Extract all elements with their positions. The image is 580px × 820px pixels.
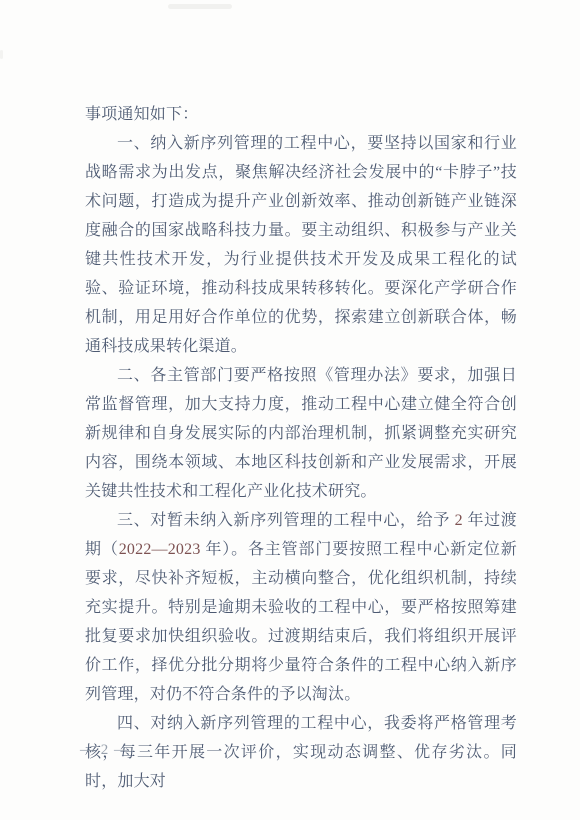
document-page: 事项通知如下： 一、纳入新序列管理的工程中心，要坚持以国家和行业战略需求为出发点… [0, 0, 580, 820]
paragraph-3: 三、对暂未纳入新序列管理的工程中心，给予 2 年过渡期（2022—2023 年）… [85, 506, 517, 709]
page-number: — 2 — [80, 741, 130, 759]
transition-year-range: 2022—2023 [119, 541, 201, 558]
intro-line: 事项通知如下： [85, 100, 517, 129]
paragraph-3-text-c: 年）。各主管部门要按照工程中心新定位新要求，尽快补齐短板，主动横向整合，优化组织… [85, 541, 517, 703]
scan-edge-artifact [0, 50, 3, 59]
scan-smudge-artifact [168, 4, 232, 9]
document-body: 事项通知如下： 一、纳入新序列管理的工程中心，要坚持以国家和行业战略需求为出发点… [85, 100, 517, 796]
paragraph-4: 四、对纳入新序列管理的工程中心，我委将严格管理考核，每三年开展一次评价，实现动态… [85, 709, 517, 796]
paragraph-2: 二、各主管部门要严格按照《管理办法》要求，加强日常监督管理，加大支持力度，推动工… [85, 361, 517, 506]
paragraph-3-text-a: 三、对暂未纳入新序列管理的工程中心，给予 [117, 512, 455, 529]
transition-years-count: 2 [455, 512, 463, 529]
paragraph-1: 一、纳入新序列管理的工程中心，要坚持以国家和行业战略需求为出发点，聚焦解决经济社… [85, 129, 517, 361]
